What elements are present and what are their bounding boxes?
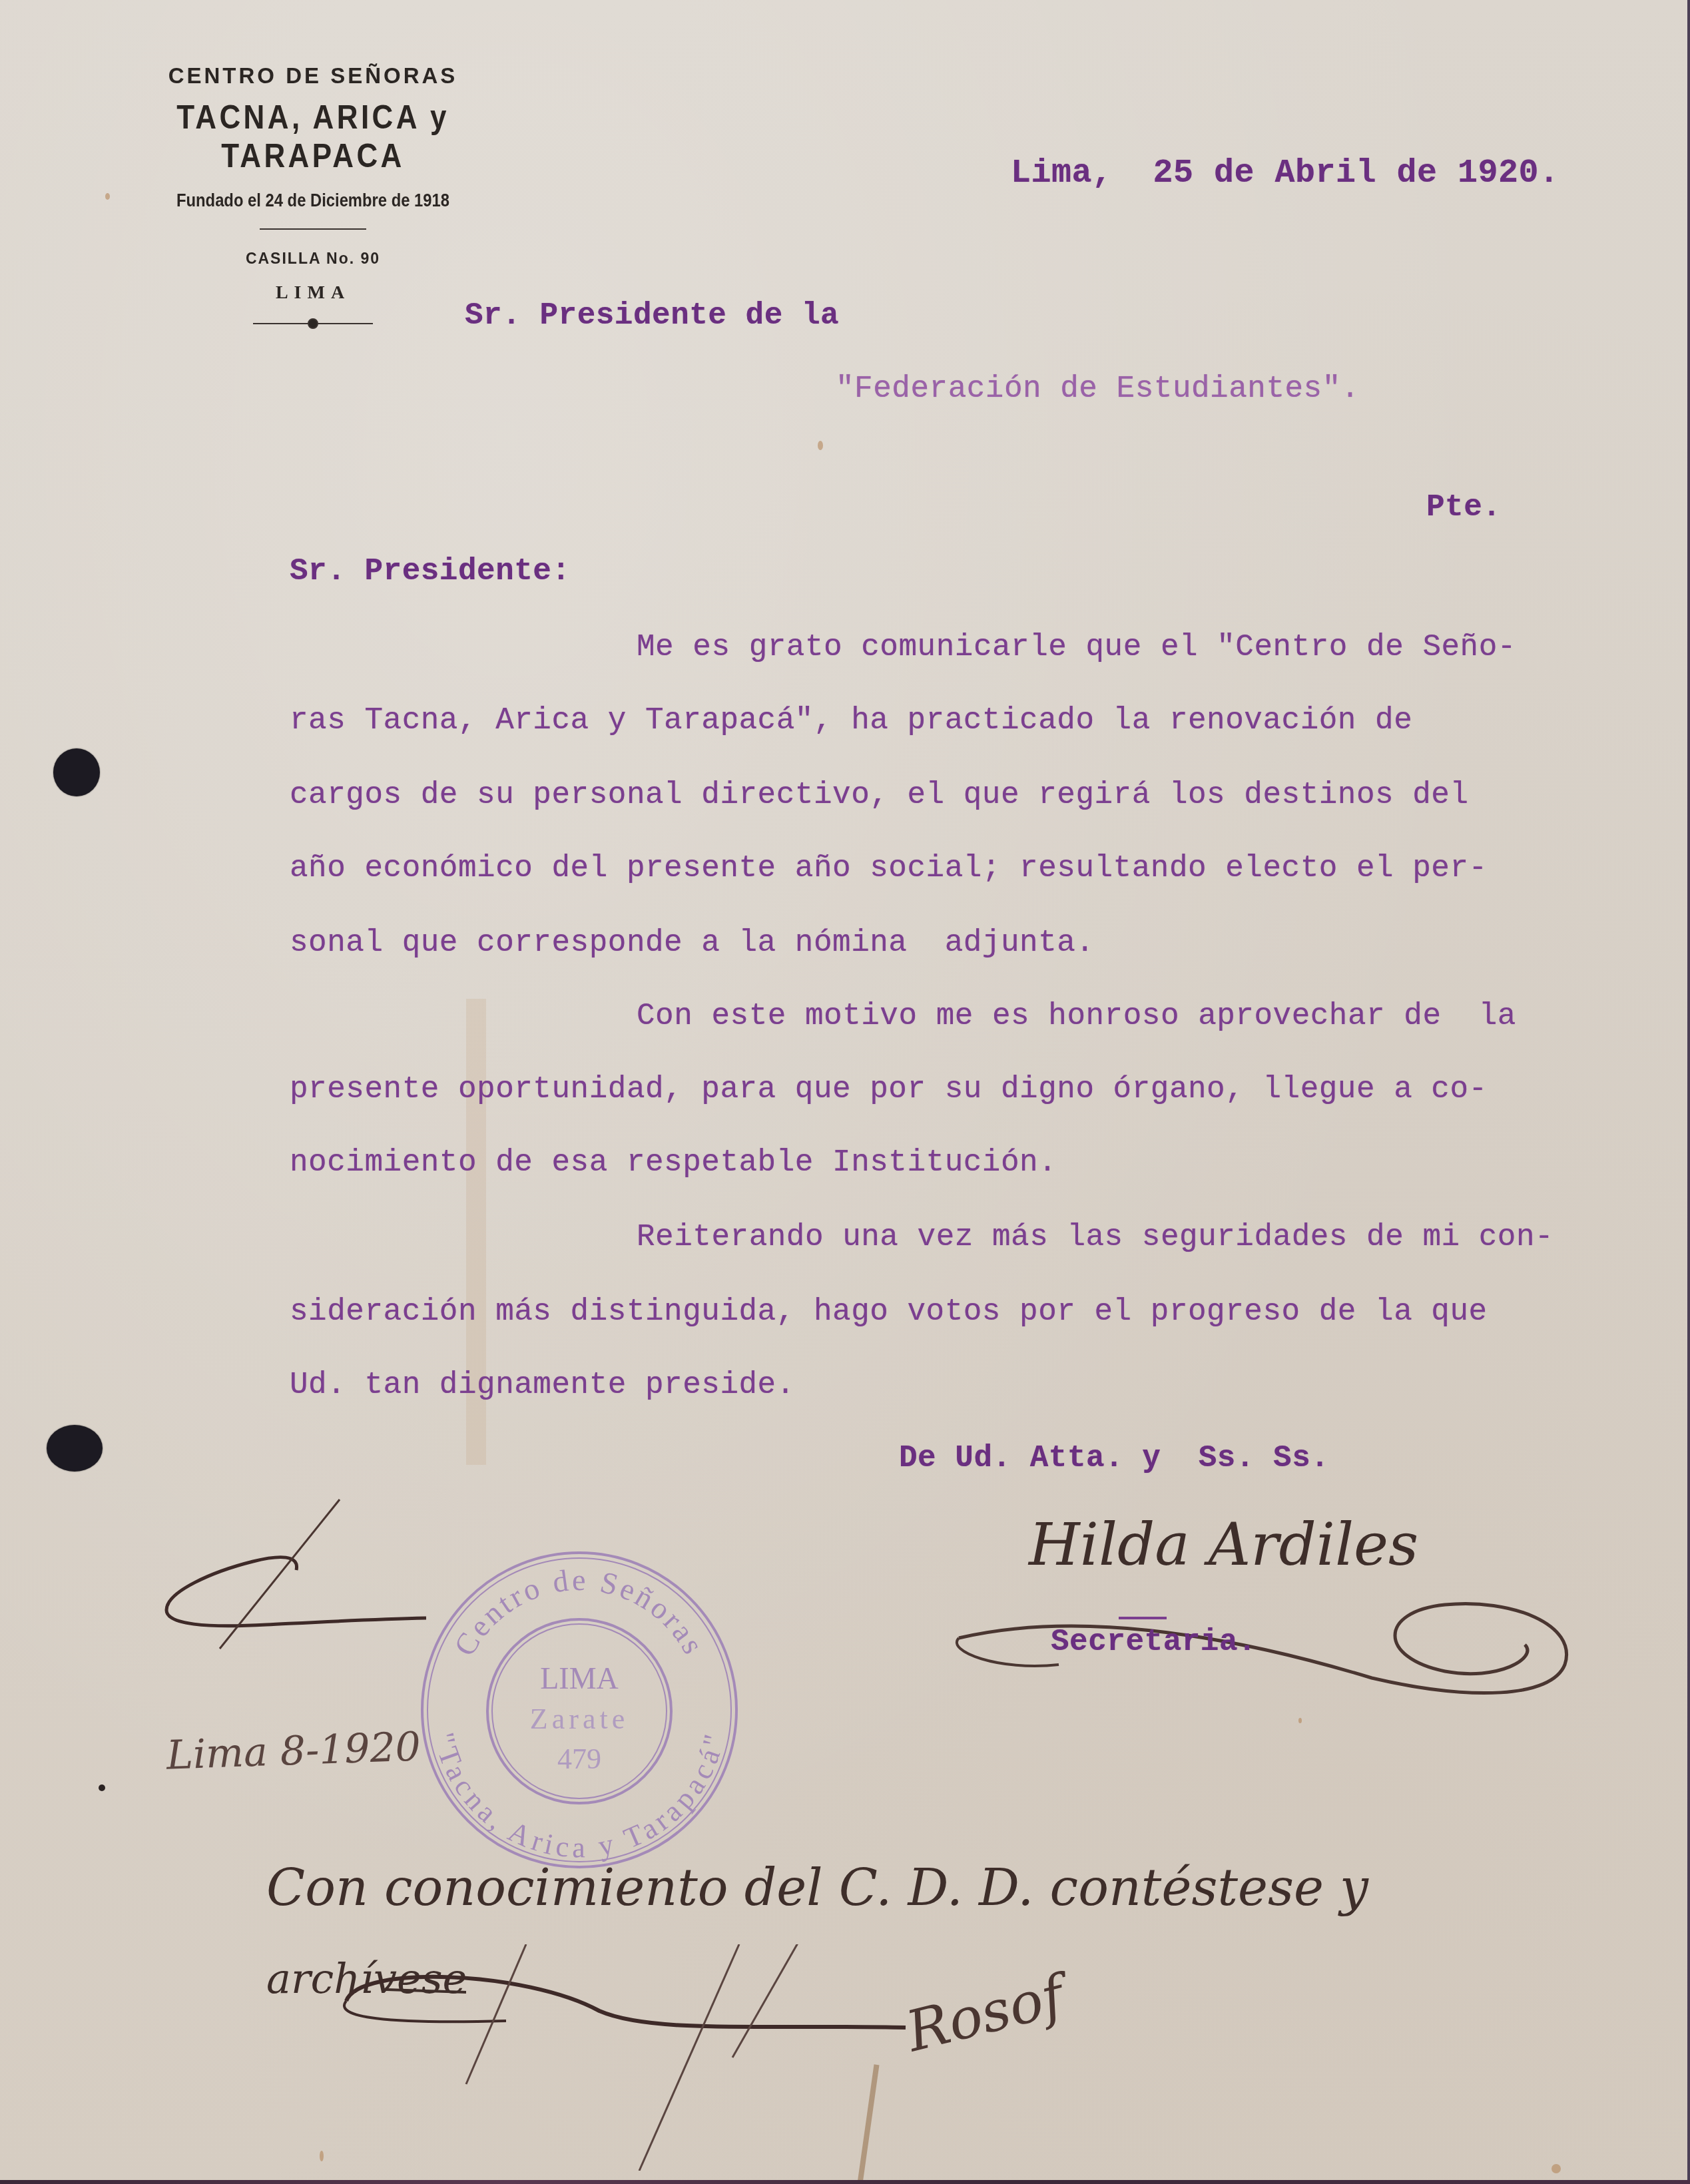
page-edge-right (1687, 0, 1690, 2184)
paper-stain (1551, 2164, 1561, 2173)
letter-page: CENTRO DE SEÑORAS TACNA, ARICA y TARAPAC… (0, 0, 1690, 2184)
letterhead-po-box: CASILLA No. 90 (67, 250, 559, 268)
letterhead-divider (260, 228, 366, 230)
stamp-inner-line-1: LIMA (540, 1661, 619, 1695)
paper-stain (1298, 1718, 1302, 1723)
body-line: presente oportunidad, para que por su di… (290, 1072, 1488, 1107)
date-annotation: Lima 8-1920 (166, 1723, 422, 1778)
page-edge-bottom (0, 2180, 1690, 2184)
recipient-line-1: Sr. Presidente de la (465, 298, 839, 333)
paper-stain (818, 441, 823, 450)
stamp-inner-line-3: 479 (557, 1743, 601, 1775)
handwritten-check-mark-icon (146, 1492, 426, 1651)
body-line: sonal que corresponde a la nómina adjunt… (290, 926, 1095, 960)
letterhead-name: TACNA, ARICA y TARAPACA (96, 98, 529, 175)
stamp-inner-line-2: Zarate (530, 1703, 629, 1735)
body-line: Me es grato comunicarle que el "Centro d… (637, 630, 1516, 665)
stamp-text-top: Centro de Señoras (447, 1563, 712, 1661)
body-line: cargos de su personal directivo, el que … (290, 778, 1469, 812)
body-line: nocimiento de esa respetable Institución… (290, 1145, 1057, 1180)
signature-handwritten: Hilda Ardiles (1029, 1510, 1418, 1579)
organization-stamp: Centro de Señoras "Tacna, Arica y Tarapa… (413, 1543, 746, 1876)
initials-flourish-icon (306, 1944, 1105, 2171)
body-line: Reiterando una vez más las seguridades d… (637, 1220, 1553, 1254)
body-line: Con este motivo me es honroso aprovechar… (637, 999, 1516, 1033)
instruction-line-1: Con conocimiento del C. D. D. contéstese… (266, 1858, 1368, 1917)
punch-hole-top (53, 748, 100, 796)
letterhead-organization: CENTRO DE SEÑORAS (67, 63, 559, 89)
body-line: ras Tacna, Arica y Tarapacá", ha practic… (290, 703, 1412, 738)
salutation: Sr. Presidente: (290, 554, 571, 589)
body-line: año económico del presente año social; r… (290, 851, 1488, 886)
body-line: Ud. tan dignamente preside. (290, 1368, 795, 1402)
closing: De Ud. Atta. y Ss. Ss. (899, 1441, 1329, 1476)
signer-title-underline (1119, 1617, 1167, 1619)
signer-title: Secretaria. (1051, 1625, 1257, 1659)
body-line: sideración más distinguida, hago votos p… (290, 1294, 1488, 1329)
recipient-line-3: Pte. (1426, 490, 1501, 525)
recipient-line-2: "Federación de Estudiantes". (836, 372, 1360, 406)
letterhead-founded: Fundado el 24 de Diciembre de 1918 (104, 190, 523, 211)
punch-hole-bottom (47, 1425, 103, 1472)
svg-text:Centro de Señoras: Centro de Señoras (447, 1563, 712, 1661)
letterhead: CENTRO DE SEÑORAS TACNA, ARICA y TARAPAC… (67, 63, 559, 330)
place-date: Lima, 25 de Abril de 1920. (1011, 154, 1559, 192)
signature-flourish-icon (939, 1585, 1578, 1711)
paper-stain (99, 1784, 105, 1791)
ornament-divider-icon (253, 317, 373, 330)
